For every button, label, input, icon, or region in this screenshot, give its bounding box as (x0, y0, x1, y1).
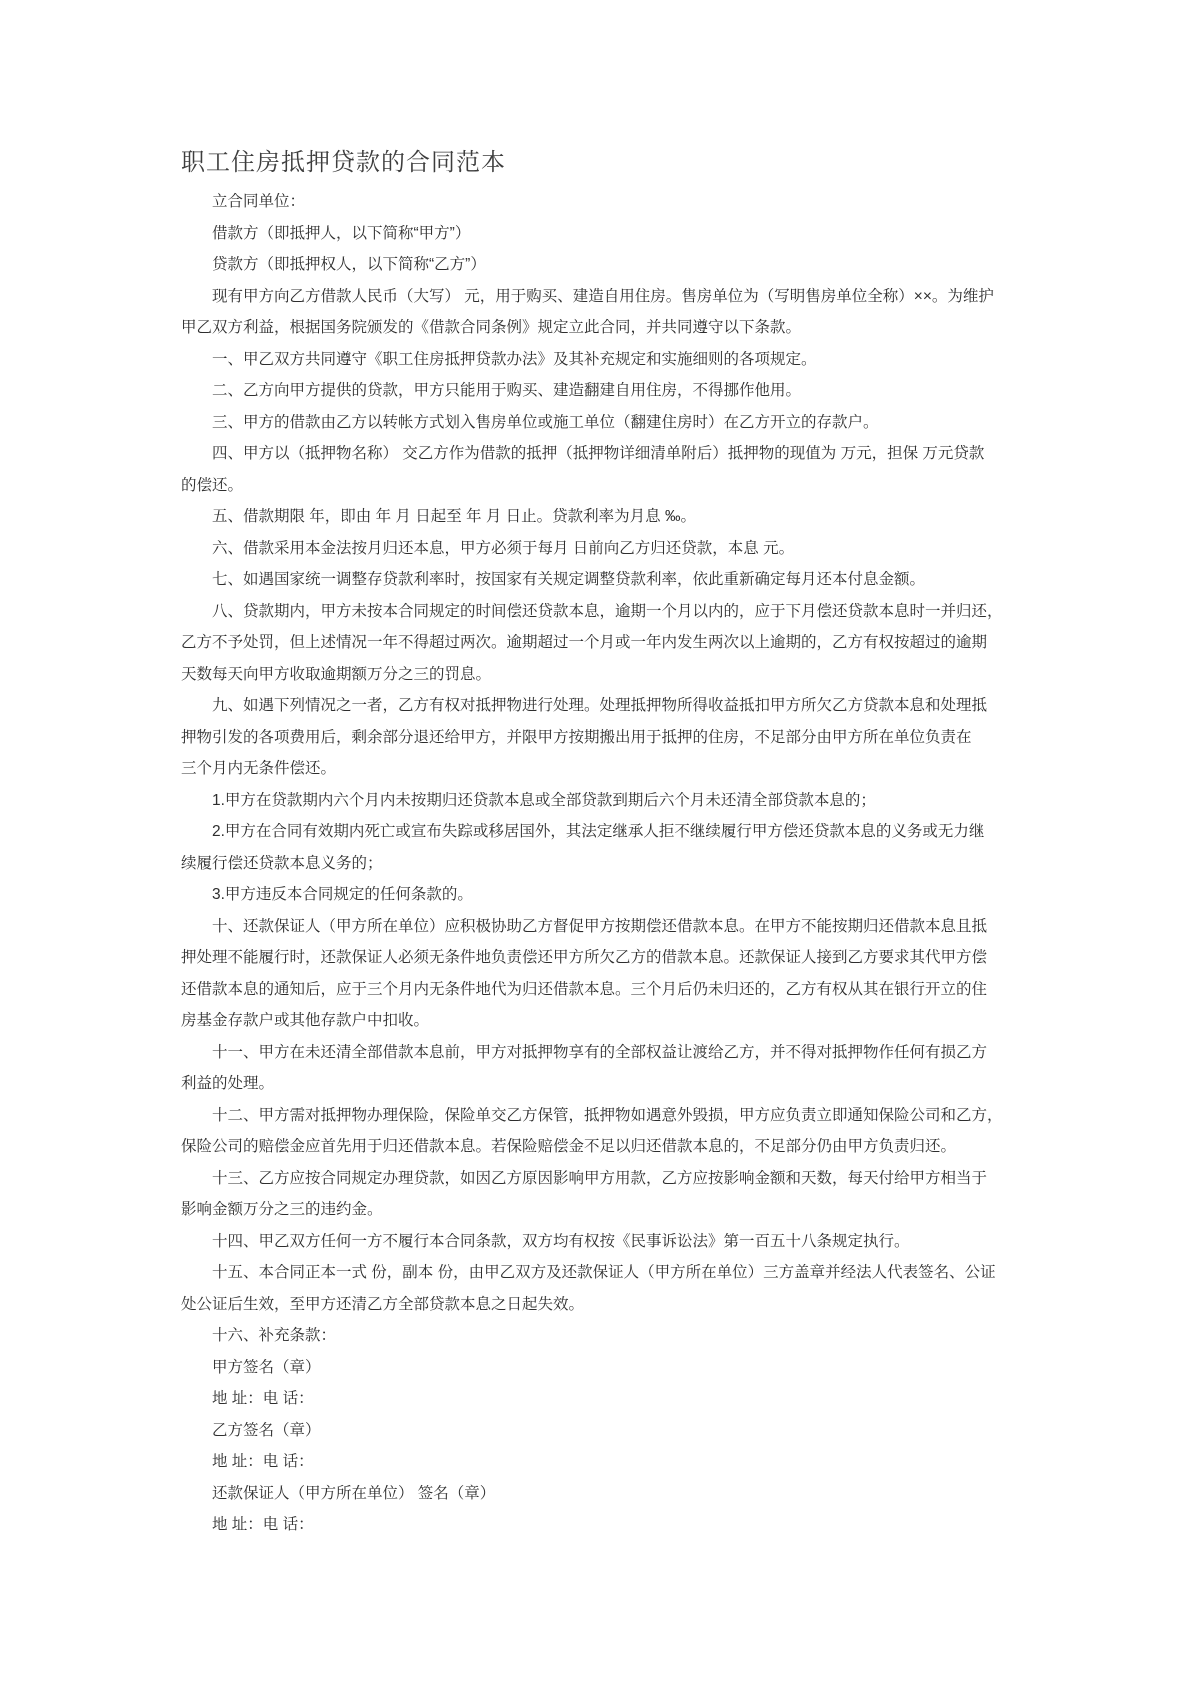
contract-line: 甲乙双方利益，根据国务院颁发的《借款合同条例》规定立此合同，并共同遵守以下条款。 (181, 312, 1017, 344)
contract-line: 三个月内无条件偿还。 (181, 753, 1017, 785)
contract-line: 八、贷款期内，甲方未按本合同规定的时间偿还贷款本息，逾期一个月以内的，应于下月偿… (181, 596, 1017, 628)
contract-line: 续履行偿还贷款本息义务的； (181, 848, 1017, 880)
contract-line: 押处理不能履行时，还款保证人必须无条件地负责偿还甲方所欠乙方的借款本息。还款保证… (181, 942, 1017, 974)
contract-document-page: 职工住房抵押贷款的合同范本 立合同单位：借款方（即抵押人，以下简称“甲方”）贷款… (0, 0, 1190, 1683)
contract-body: 立合同单位：借款方（即抵押人，以下简称“甲方”）贷款方（即抵押权人，以下简称“乙… (181, 186, 1017, 1541)
contract-line: 九、如遇下列情况之一者，乙方有权对抵押物进行处理。处理抵押物所得收益抵扣甲方所欠… (181, 690, 1017, 722)
contract-line: 十三、乙方应按合同规定办理贷款，如因乙方原因影响甲方用款，乙方应按影响金额和天数… (181, 1163, 1017, 1195)
contract-line: 贷款方（即抵押权人，以下简称“乙方”） (181, 249, 1017, 281)
contract-line: 一、甲乙双方共同遵守《职工住房抵押贷款办法》及其补充规定和实施细则的各项规定。 (181, 344, 1017, 376)
contract-line: 天数每天向甲方收取逾期额万分之三的罚息。 (181, 659, 1017, 691)
contract-line: 七、如遇国家统一调整存贷款利率时，按国家有关规定调整贷款利率，依此重新确定每月还… (181, 564, 1017, 596)
contract-line: 乙方签名（章） (181, 1415, 1017, 1447)
contract-line: 二、乙方向甲方提供的贷款，甲方只能用于购买、建造翻建自用住房，不得挪作他用。 (181, 375, 1017, 407)
contract-line: 十、还款保证人（甲方所在单位）应积极协助乙方督促甲方按期偿还借款本息。在甲方不能… (181, 911, 1017, 943)
contract-content: 职工住房抵押贷款的合同范本 立合同单位：借款方（即抵押人，以下简称“甲方”）贷款… (181, 146, 1017, 1541)
contract-line: 五、借款期限 年，即由 年 月 日起至 年 月 日止。贷款利率为月息 ‰。 (181, 501, 1017, 533)
contract-line: 押物引发的各项费用后，剩余部分退还给甲方，并限甲方按期搬出用于抵押的住房，不足部… (181, 722, 1017, 754)
contract-line: 还款保证人（甲方所在单位） 签名（章） (181, 1478, 1017, 1510)
contract-line: 2.甲方在合同有效期内死亡或宣布失踪或移居国外，其法定继承人拒不继续履行甲方偿还… (181, 816, 1017, 848)
contract-line: 借款方（即抵押人，以下简称“甲方”） (181, 218, 1017, 250)
contract-line: 十二、甲方需对抵押物办理保险，保险单交乙方保管，抵押物如遇意外毁损，甲方应负责立… (181, 1100, 1017, 1132)
contract-line: 十四、甲乙双方任何一方不履行本合同条款，双方均有权按《民事诉讼法》第一百五十八条… (181, 1226, 1017, 1258)
contract-line: 十五、本合同正本一式 份，副本 份，由甲乙双方及还款保证人（甲方所在单位）三方盖… (181, 1257, 1017, 1289)
contract-line: 影响金额万分之三的违约金。 (181, 1194, 1017, 1226)
document-title: 职工住房抵押贷款的合同范本 (181, 146, 1017, 180)
contract-line: 现有甲方向乙方借款人民币（大写） 元，用于购买、建造自用住房。售房单位为（写明售… (181, 281, 1017, 313)
contract-line: 十一、甲方在未还清全部借款本息前，甲方对抵押物享有的全部权益让渡给乙方，并不得对… (181, 1037, 1017, 1069)
contract-line: 还借款本息的通知后，应于三个月内无条件地代为归还借款本息。三个月后仍未归还的，乙… (181, 974, 1017, 1006)
contract-line: 处公证后生效，至甲方还清乙方全部贷款本息之日起失效。 (181, 1289, 1017, 1321)
contract-line: 房基金存款户或其他存款户中扣收。 (181, 1005, 1017, 1037)
contract-line: 甲方签名（章） (181, 1352, 1017, 1384)
contract-line: 六、借款采用本金法按月归还本息，甲方必须于每月 日前向乙方归还贷款，本息 元。 (181, 533, 1017, 565)
contract-line: 利益的处理。 (181, 1068, 1017, 1100)
contract-line: 3.甲方违反本合同规定的任何条款的。 (181, 879, 1017, 911)
contract-line: 乙方不予处罚，但上述情况一年不得超过两次。逾期超过一个月或一年内发生两次以上逾期… (181, 627, 1017, 659)
contract-line: 地 址：电 话： (181, 1509, 1017, 1541)
contract-line: 地 址：电 话： (181, 1383, 1017, 1415)
contract-line: 十六、补充条款： (181, 1320, 1017, 1352)
contract-line: 地 址：电 话： (181, 1446, 1017, 1478)
contract-line: 立合同单位： (181, 186, 1017, 218)
contract-line: 四、甲方以（抵押物名称） 交乙方作为借款的抵押（抵押物详细清单附后）抵押物的现值… (181, 438, 1017, 470)
contract-line: 1.甲方在贷款期内六个月内未按期归还贷款本息或全部贷款到期后六个月未还清全部贷款… (181, 785, 1017, 817)
contract-line: 保险公司的赔偿金应首先用于归还借款本息。若保险赔偿金不足以归还借款本息的，不足部… (181, 1131, 1017, 1163)
contract-line: 三、甲方的借款由乙方以转帐方式划入售房单位或施工单位（翻建住房时）在乙方开立的存… (181, 407, 1017, 439)
contract-line: 的偿还。 (181, 470, 1017, 502)
